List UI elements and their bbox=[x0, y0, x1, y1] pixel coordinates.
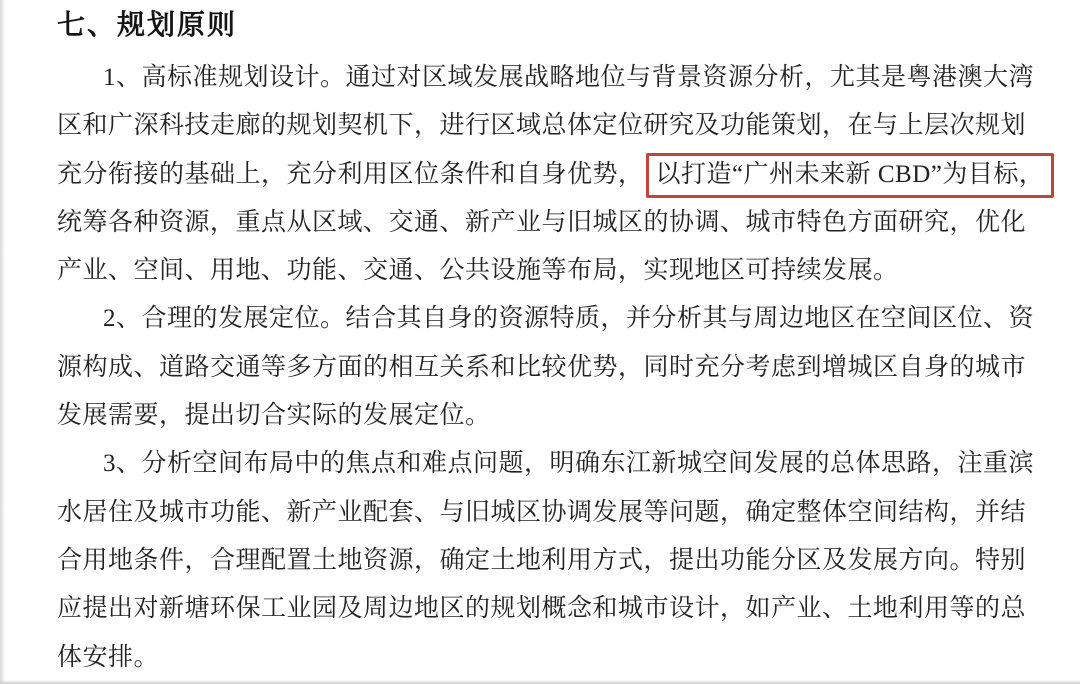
text-line: 合用地条件，合理配置土地资源，确定土地利用方式，提出功能分区及发展方向。特别 bbox=[57, 537, 1036, 585]
text-line: 应提出对新塘环保工业园及周边地区的规划概念和城市设计，如产业、土地利用等的总 bbox=[57, 585, 1036, 633]
text-line: 3、分析空间布局中的焦点和难点问题，明确东江新城空间发展的总体思路，注重滨 bbox=[57, 440, 1036, 488]
document-page: 七、规划原则 1、高标准规划设计。通过对区域发展战略地位与背景资源分析，尤其是粤… bbox=[0, 0, 1080, 684]
text-line: 区和广深科技走廊的规划契机下，进行区域总体定位研究及功能策划，在与上层次规划 bbox=[57, 102, 1036, 150]
text-line: 1、高标准规划设计。通过对区域发展战略地位与背景资源分析，尤其是粤港澳大湾 bbox=[57, 54, 1036, 102]
line-prefix-text: 充分衔接的基础上，充分利用区位条件和自身优势， bbox=[57, 161, 644, 188]
page-edge-shadow-left bbox=[0, 0, 5, 684]
highlight-box: 以打造“广州未来新 CBD”为目标， bbox=[646, 153, 1055, 198]
text-line: 统筹各种资源，重点从区域、交通、新产业与旧城区的协调、城市特色方面研究，优化 bbox=[57, 199, 1036, 247]
text-line: 发展需要，提出切合实际的发展定位。 bbox=[57, 392, 1036, 440]
text-line: 产业、空间、用地、功能、交通、公共设施等布局，实现地区可持续发展。 bbox=[57, 247, 1036, 295]
text-line: 体安排。 bbox=[57, 634, 1036, 682]
section-title: 七、规划原则 bbox=[57, 2, 1036, 48]
text-line: 2、合理的发展定位。结合其自身的资源特质，并分析其与周边地区在空间区位、资 bbox=[57, 295, 1036, 343]
text-line-with-highlight: 充分衔接的基础上，充分利用区位条件和自身优势，以打造“广州未来新 CBD”为目标… bbox=[57, 151, 1036, 199]
text-line: 源构成、道路交通等多方面的相互关系和比较优势，同时充分考虑到增城区自身的城市 bbox=[57, 344, 1036, 392]
text-line: 水居住及城市功能、新产业配套、与旧城区协调发展等问题，确定整体空间结构，并结 bbox=[57, 489, 1036, 537]
